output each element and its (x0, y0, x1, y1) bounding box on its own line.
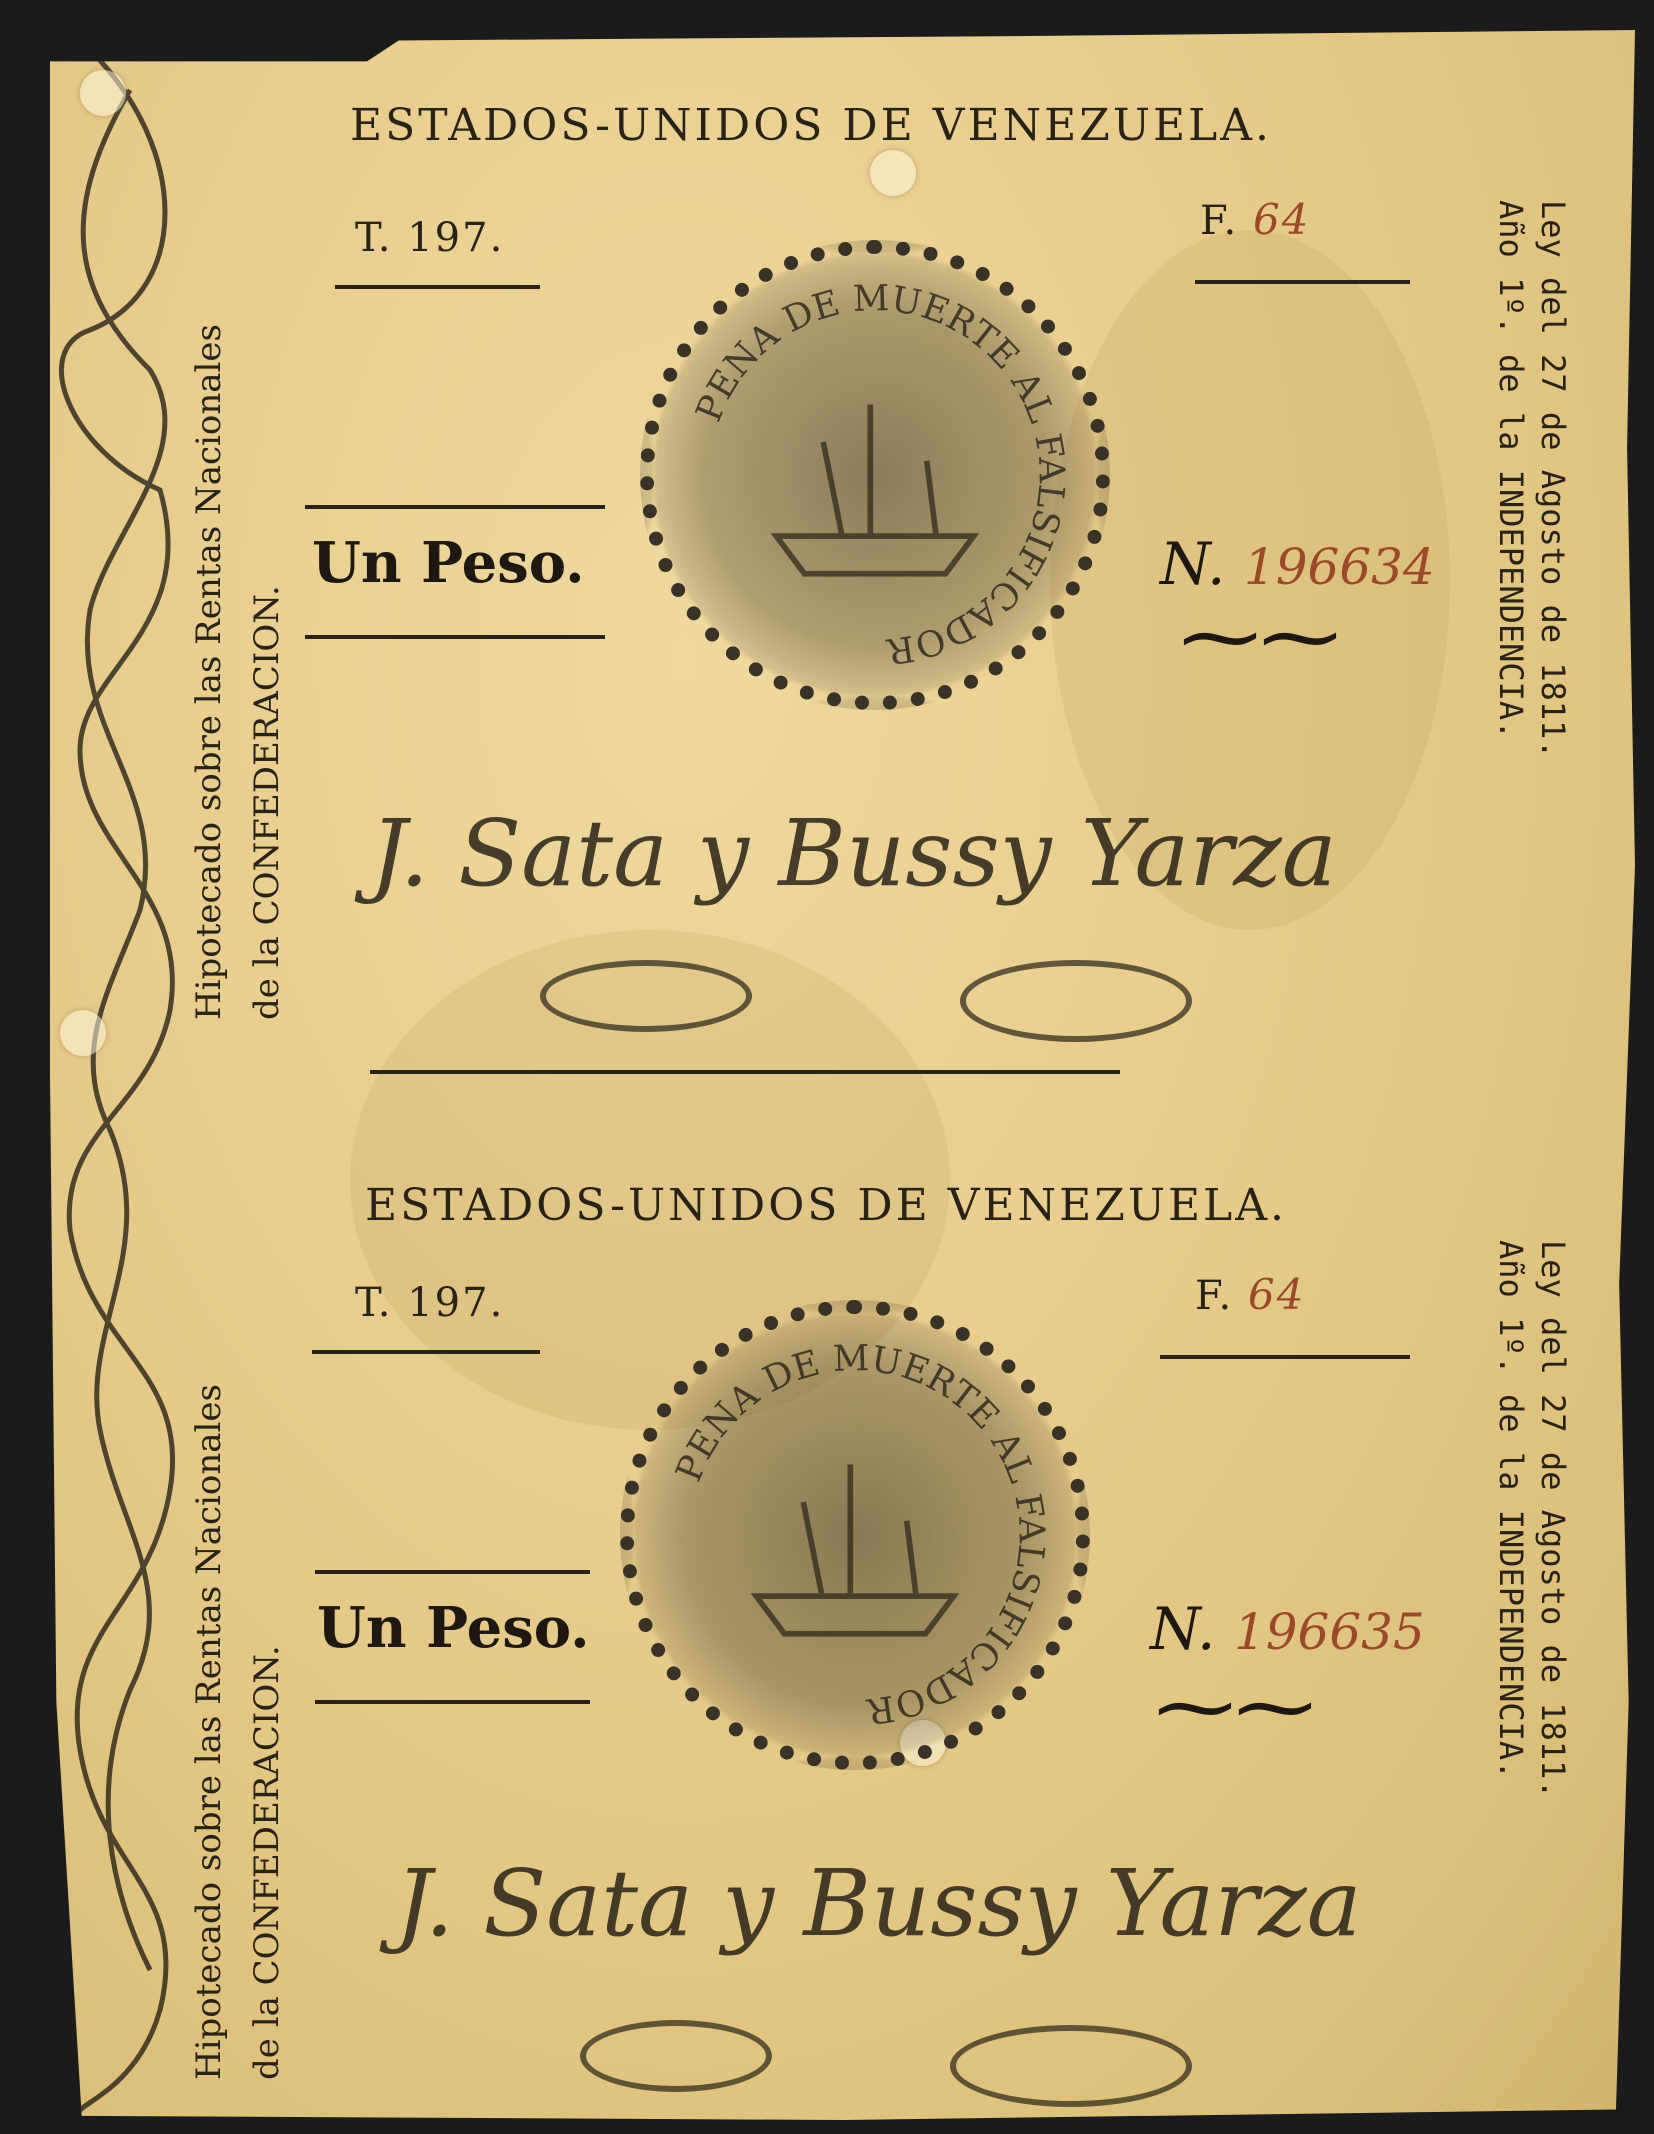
paraph (960, 960, 1192, 1042)
right-legend: Ley del 27 de Agosto de 1811. Año 1º. de… (1490, 1240, 1574, 1960)
seal-emblem: PENA DE MUERTE AL FALSIFICADOR (640, 240, 1110, 710)
signature: J. Sata y Bussy Yarza (370, 800, 1337, 907)
folio-label: F. 64 (1195, 1270, 1305, 1319)
divider (1160, 1355, 1410, 1359)
seal-ship-icon: PENA DE MUERTE AL FALSIFICADOR (634, 1314, 1076, 1756)
folio-value: 64 (1248, 1270, 1305, 1319)
banknote-sheet: ESTADOS-UNIDOS DE VENEZUELA. T. 197. F. … (50, 30, 1635, 2120)
right-legend: Ley del 27 de Agosto de 1811. Año 1º. de… (1490, 200, 1574, 920)
folio-label: F. 64 (1200, 195, 1310, 244)
signature: J. Sata y Bussy Yarza (395, 1850, 1362, 1957)
left-legend: Hipotecado sobre las Rentas Nacionales d… (180, 1130, 296, 2080)
divider (305, 635, 605, 639)
banknote-top: ESTADOS-UNIDOS DE VENEZUELA. T. 197. F. … (50, 30, 1635, 1050)
paraph (580, 2020, 772, 2092)
note-title: ESTADOS-UNIDOS DE VENEZUELA. (350, 100, 1272, 151)
divider (335, 285, 540, 289)
divider (312, 1350, 540, 1354)
folio-value: 64 (1253, 195, 1310, 244)
svg-text:PENA DE MUERTE AL FALSIFICADOR: PENA DE MUERTE AL FALSIFICADOR (668, 1338, 1051, 1732)
note-title: ESTADOS-UNIDOS DE VENEZUELA. (365, 1180, 1287, 1231)
flourish-icon: ⁓⁓ (1155, 1660, 1315, 1753)
denomination: Un Peso. (317, 1595, 590, 1661)
divider (315, 1700, 590, 1704)
tomo-label: T. 197. (355, 1280, 504, 1326)
banknote-bottom: ESTADOS-UNIDOS DE VENEZUELA. T. 197. F. … (50, 1070, 1635, 2090)
seal-emblem: PENA DE MUERTE AL FALSIFICADOR (620, 1300, 1090, 1770)
seal-ship-icon: PENA DE MUERTE AL FALSIFICADOR (654, 254, 1096, 696)
left-legend: Hipotecado sobre las Rentas Nacionales d… (180, 90, 296, 1020)
divider (315, 1570, 590, 1574)
paraph (950, 2025, 1192, 2107)
divider (1195, 280, 1410, 284)
denomination: Un Peso. (312, 530, 585, 596)
paraph (540, 960, 752, 1032)
divider (305, 505, 605, 509)
serial-number: N. 196634 (1160, 530, 1435, 598)
svg-text:PENA DE MUERTE AL FALSIFICADOR: PENA DE MUERTE AL FALSIFICADOR (688, 278, 1071, 672)
tomo-label: T. 197. (355, 215, 504, 261)
flourish-icon: ⁓⁓ (1180, 590, 1340, 683)
serial-number: N. 196635 (1150, 1595, 1425, 1663)
